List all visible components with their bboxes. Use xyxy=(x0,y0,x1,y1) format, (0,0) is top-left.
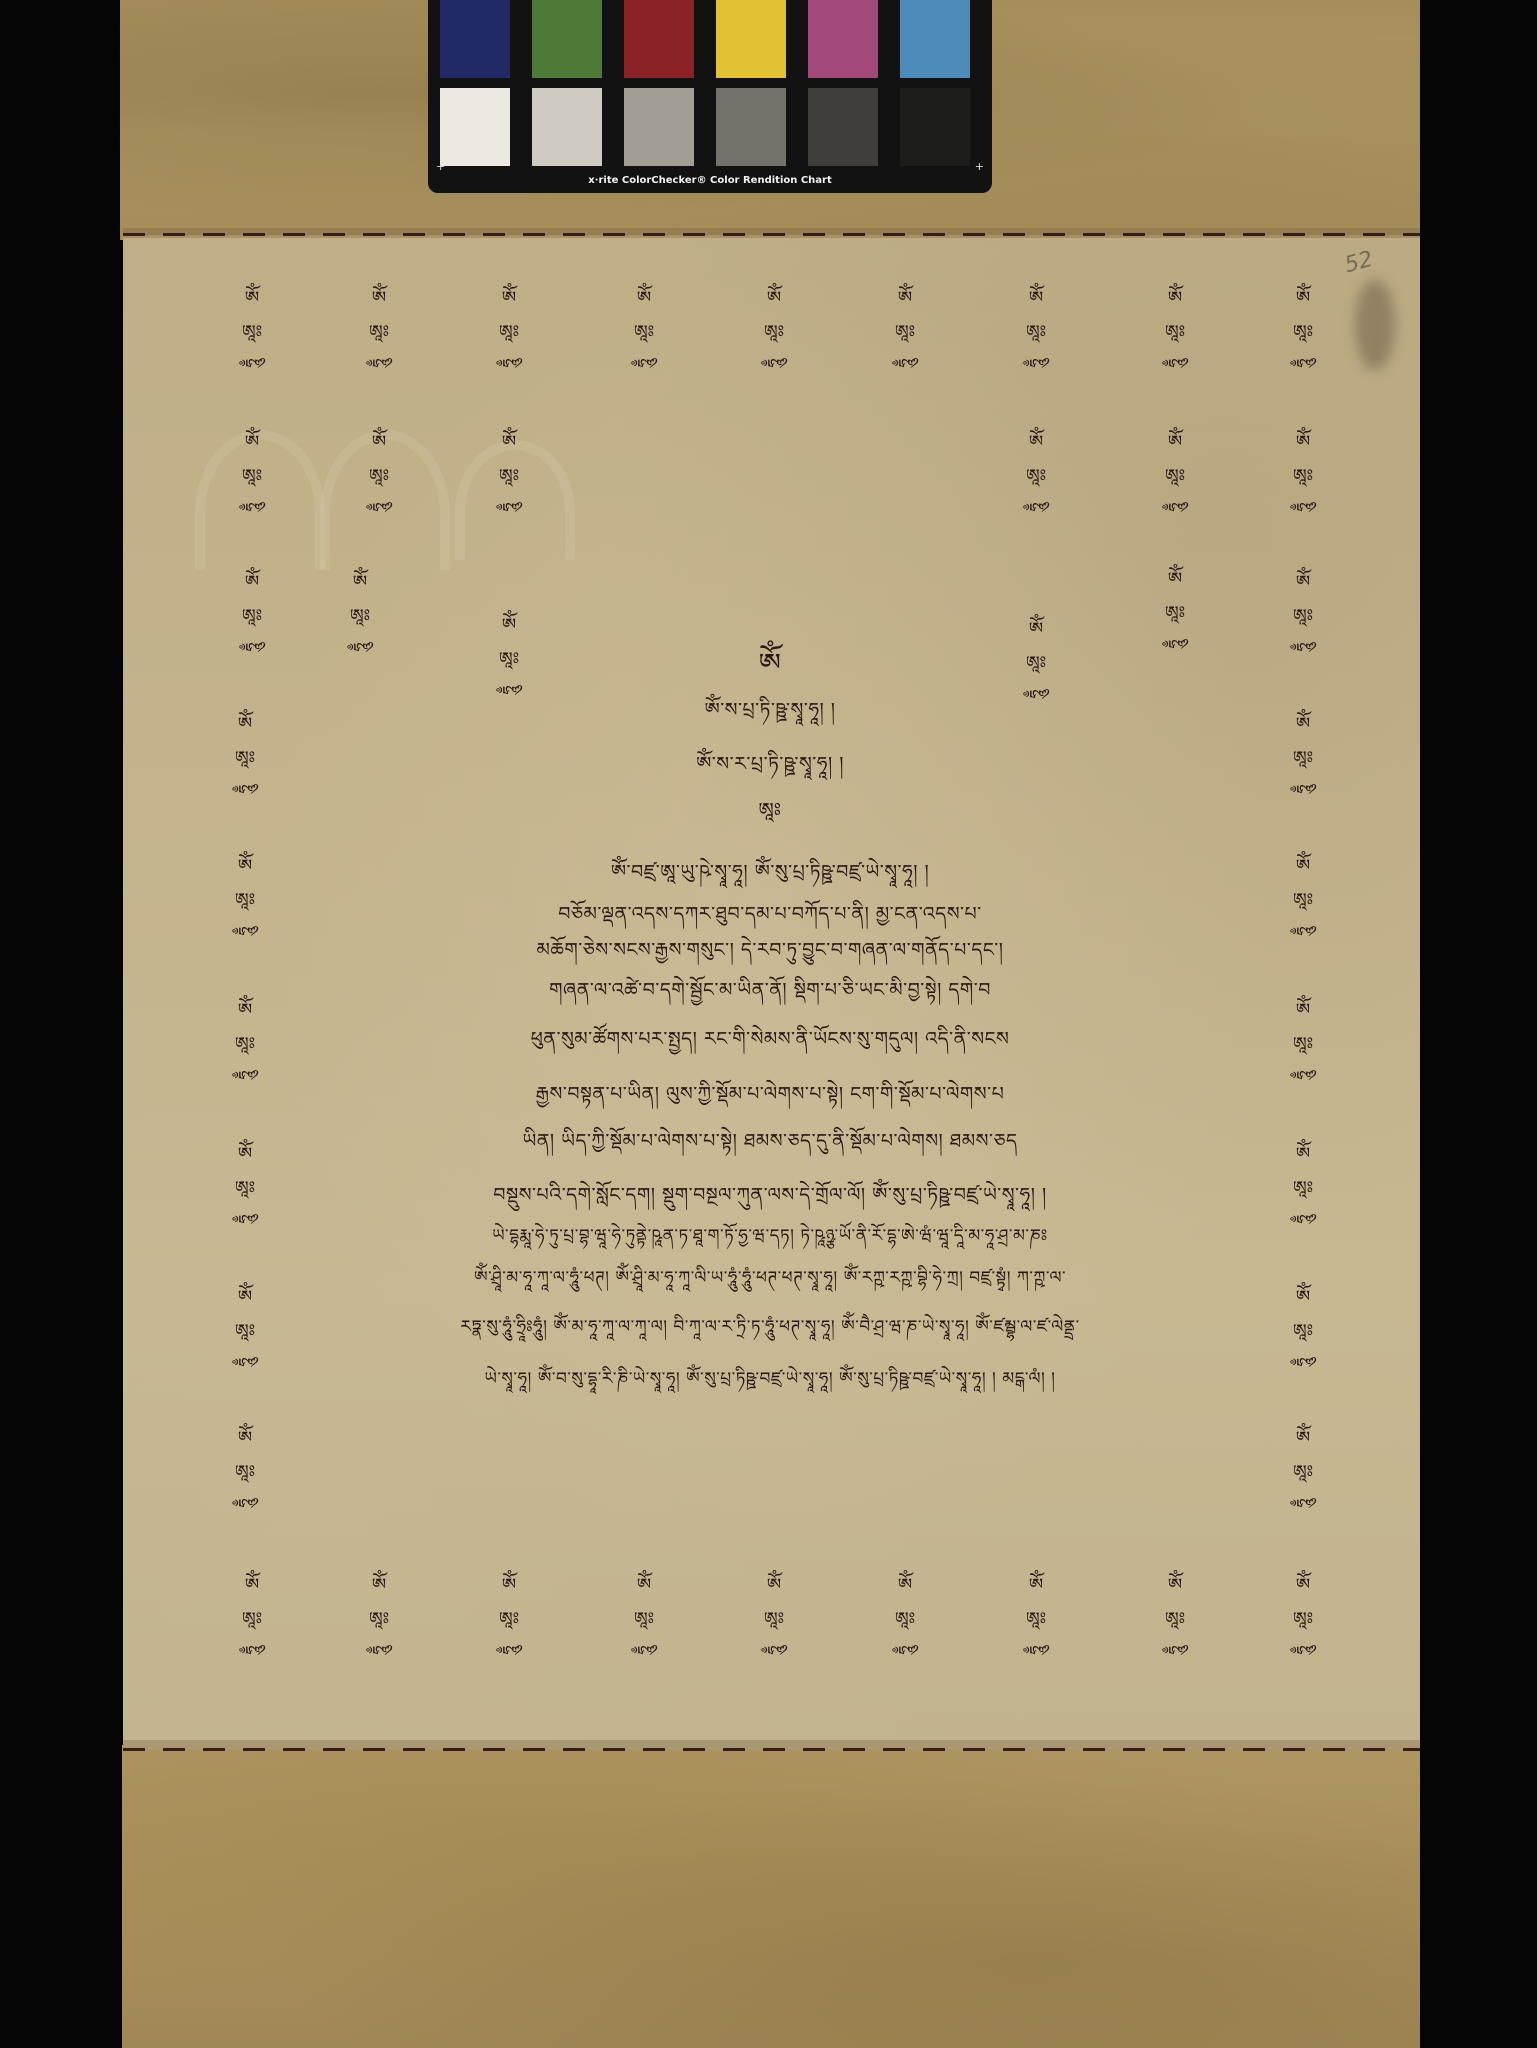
om-ah-hum-mantra: ཨོཾཨཱཿཧཱུྃ xyxy=(489,1577,529,1658)
seed-syllable-ah: ཨཱཿ xyxy=(232,468,272,485)
om-ah-hum-mantra: ཨོཾཨཱཿཧཱུྃ xyxy=(624,1577,664,1658)
seed-syllable-om: ཨོཾ xyxy=(1155,1577,1195,1595)
seed-syllable-hum: ཧཱུྃ xyxy=(1295,911,1311,951)
om-ah-hum-mantra: ཨོཾཨཱཿཧཱུྃ xyxy=(1155,1577,1195,1658)
om-ah-hum-mantra: ཨོཾཨཱཿཧཱུྃ xyxy=(225,1289,265,1370)
seed-syllable-om: ཨོཾ xyxy=(232,1577,272,1595)
seed-syllable-ah: ཨཱཿ xyxy=(754,1611,794,1628)
seed-syllable-hum: ཧཱུྃ xyxy=(244,487,260,527)
seed-syllable-hum: ཧཱུྃ xyxy=(766,1630,782,1670)
om-ah-hum-mantra: ཨོཾཨཱཿཧཱུྃ xyxy=(232,574,272,655)
seed-syllable-hum: ཧཱུྃ xyxy=(1167,1630,1183,1670)
seed-syllable-om: ཨོཾ xyxy=(225,1289,265,1307)
bottom-mounting-fabric xyxy=(122,1745,1420,2048)
seed-syllable-hum: ཧཱུྃ xyxy=(897,1630,913,1670)
seed-syllable-hum: ཧཱུྃ xyxy=(237,1199,253,1239)
om-ah-hum-mantra: ཨོཾཨཱཿཧཱུྃ xyxy=(359,1577,399,1658)
seed-syllable-om: ཨོཾ xyxy=(1283,434,1323,452)
seed-syllable-ah: ཨཱཿ xyxy=(624,1611,664,1628)
seed-syllable-om: ཨོཾ xyxy=(885,1577,925,1595)
seed-syllable-om: ཨོཾ xyxy=(1283,1289,1323,1307)
text-line: ཨོཾ་ཤྲཱི་མ་ཧཱ་ཀཱ་ལ་ཧཱུཾ་ཕཊ། ཨོཾ་ཤྲཱི་མ་ཧ… xyxy=(300,1258,1240,1306)
seed-syllable-ah: ཨཱཿ xyxy=(1283,1036,1323,1053)
seed-syllable-hum: ཧཱུྃ xyxy=(244,1630,260,1670)
seed-syllable-om: ཨོཾ xyxy=(1283,858,1323,876)
seed-syllable-ah: ཨཱཿ xyxy=(1155,1611,1195,1628)
seed-syllable-hum: ཧཱུྃ xyxy=(1295,1483,1311,1523)
om-ah-hum-mantra: ཨོཾཨཱཿཧཱུྃ xyxy=(1283,1146,1323,1227)
text-line: ཕུན་སུམ་ཚོགས་པར་སྤྱད། རང་གི་སེམས་ནི་ཡོངས… xyxy=(300,1017,1240,1071)
seed-syllable-ah: ཨཱཿ xyxy=(232,608,272,625)
seed-syllable-ah: ཨཱཿ xyxy=(1283,608,1323,625)
text-line: ཡིན། ཡིད་ཀྱི་སྡོམ་པ་ལེགས་པ་སྟེ། ཐམས་ཅད་ད… xyxy=(300,1119,1240,1173)
om-ah-hum-mantra: ཨོཾཨཱཿཧཱུྃ xyxy=(1283,434,1323,515)
om-ah-hum-mantra: ཨོཾཨཱཿཧཱུྃ xyxy=(885,1577,925,1658)
seed-syllable-ah: ཨཱཿ xyxy=(1283,892,1323,909)
om-ah-hum-mantra: ཨོཾཨཱཿཧཱུྃ xyxy=(225,716,265,797)
om-ah-hum-mantra: ཨོཾཨཱཿཧཱུྃ xyxy=(1283,716,1323,797)
seed-syllable-hum: ཧཱུྃ xyxy=(636,1630,652,1670)
seed-syllable-hum: ཧཱུྃ xyxy=(244,343,260,383)
seed-syllable-ah: ཨཱཿ xyxy=(885,1611,925,1628)
seed-syllable-om: ཨོཾ xyxy=(225,1002,265,1020)
seed-syllable-ah: ཨཱཿ xyxy=(225,1036,265,1053)
seed-syllable-ah: ཨཱཿ xyxy=(1283,1611,1323,1628)
seed-syllable-hum: ཧཱུྃ xyxy=(1028,1630,1044,1670)
seed-syllable-ah: ཨཱཿ xyxy=(225,750,265,767)
om-ah-hum-mantra: ཨོཾཨཱཿཧཱུྃ xyxy=(1283,574,1323,655)
seed-syllable-hum: ཧཱུྃ xyxy=(237,769,253,809)
seed-syllable-ah: ཨཱཿ xyxy=(225,892,265,909)
om-ah-hum-mantra: ཨོཾཨཱཿཧཱུྃ xyxy=(225,1430,265,1511)
text-line: ཡེ་དྷརྨཱ་ཧེ་ཏུ་པྲ་བྷ་ཝཱ་ཧེ་ཏུནྟེ་ཥཱན་ཏ་ཐ… xyxy=(300,1216,1240,1264)
central-inscription: ཨོཾ ཨོཾ་ས་པྲ་ཏི་ཥྛ་སྭཱ་ཧཱ། ། ཨོཾ་ས་ར་པྲ་… xyxy=(300,0,1240,1400)
seed-syllable-ah: ཨཱཿ xyxy=(225,1323,265,1340)
seed-syllable-hum: ཧཱུྃ xyxy=(1295,343,1311,383)
text-line: རྒྱས་བསྟན་པ་ཡིན། ལུས་ཀྱི་སྡོམ་པ་ལེགས་པ་ས… xyxy=(300,1072,1240,1126)
seed-syllable-om: ཨོཾ xyxy=(1283,1577,1323,1595)
bottom-stitching xyxy=(123,1748,1420,1751)
om-ah-hum-mantra: ཨོཾཨཱཿཧཱུྃ xyxy=(1283,290,1323,371)
seed-syllable-ah: ཨཱཿ xyxy=(225,1464,265,1481)
seed-syllable-ah: ཨཱཿ xyxy=(1283,324,1323,341)
seed-syllable-om: ཨོཾ xyxy=(225,716,265,734)
om-ah-hum-mantra: ཨོཾཨཱཿཧཱུྃ xyxy=(1283,1289,1323,1370)
seed-syllable-om: ཨོཾ xyxy=(1283,290,1323,308)
heading-line-1: ཨོཾ་ས་པྲ་ཏི་ཥྛ་སྭཱ་ཧཱ། ། xyxy=(300,688,1240,742)
seed-syllable-ah: ཨཱཿ xyxy=(1283,1464,1323,1481)
seed-syllable-hum: ཧཱུྃ xyxy=(237,1055,253,1095)
text-line: གཞན་ལ་འཚེ་བ་དགེ་སྦྱོང་མ་ཡིན་ནོ། སྡིག་པ་ཅ… xyxy=(300,968,1240,1022)
om-ah-hum-mantra: ཨོཾཨཱཿཧཱུྃ xyxy=(754,1577,794,1658)
seed-syllable-ah: ཨཱཿ xyxy=(232,1611,272,1628)
om-ah-hum-mantra: ཨོཾཨཱཿཧཱུྃ xyxy=(1283,1002,1323,1083)
seed-syllable-hum: ཧཱུྃ xyxy=(371,1630,387,1670)
seed-syllable-om: ཨོཾ xyxy=(624,1577,664,1595)
seed-syllable-om: ཨོཾ xyxy=(489,1577,529,1595)
seed-syllable-om: ཨོཾ xyxy=(1283,1430,1323,1448)
seed-syllable-hum: ཧཱུྃ xyxy=(1295,1630,1311,1670)
seed-syllable-ah: ཨཱཿ xyxy=(225,1180,265,1197)
om-ah-hum-mantra: ཨོཾཨཱཿཧཱུྃ xyxy=(225,1002,265,1083)
seed-syllable-om: ཨོཾ xyxy=(225,1430,265,1448)
om-ah-hum-mantra: ཨོཾཨཱཿཧཱུྃ xyxy=(232,434,272,515)
seed-syllable-ah: ཨཱཿ xyxy=(1283,750,1323,767)
seed-syllable-om: ཨོཾ xyxy=(232,290,272,308)
om-ah-hum-mantra: ཨོཾཨཱཿཧཱུྃ xyxy=(1016,1577,1056,1658)
seed-syllable-hum: ཧཱུྃ xyxy=(237,911,253,951)
om-ah-hum-mantra: ཨོཾཨཱཿཧཱུྃ xyxy=(232,1577,272,1658)
seed-syllable-om: ཨོཾ xyxy=(1283,574,1323,592)
seed-syllable-ah: ཨཱཿ xyxy=(1016,1611,1056,1628)
text-line: ཡེ་སྭཱ་ཧཱ། ཨོཾ་བ་སུ་དྷཱ་རི་ཎི་ཡེ་སྭཱ་ཧཱ།… xyxy=(300,1359,1240,1407)
seed-syllable-om: ཨོཾ xyxy=(232,574,272,592)
seed-syllable-hum: ཧཱུྃ xyxy=(1295,1342,1311,1382)
seed-syllable-ah: ཨཱཿ xyxy=(1283,1180,1323,1197)
seed-syllable-om: ཨོཾ xyxy=(1283,1002,1323,1020)
seed-syllable-om: ཨོཾ xyxy=(754,1577,794,1595)
seed-syllable-ah: ཨཱཿ xyxy=(1283,1323,1323,1340)
seed-syllable-om: ཨོཾ xyxy=(225,1146,265,1164)
text-line: རཏྣ་སུ་ཧཱུཾ་ཧྲཱིཿཧཱུཾ། ཨོཾ་མ་ཧཱ་ཀཱ་ལ་ཀཱ་… xyxy=(300,1307,1240,1355)
seed-syllable-hum: ཧཱུྃ xyxy=(237,1342,253,1382)
seed-syllable-hum: ཧཱུྃ xyxy=(1295,627,1311,667)
om-ah-hum-mantra: ཨོཾཨཱཿཧཱུྃ xyxy=(1283,1577,1323,1658)
seed-syllable-om: ཨོཾ xyxy=(232,434,272,452)
om-ah-hum-mantra: ཨོཾཨཱཿཧཱུྃ xyxy=(225,1146,265,1227)
seed-syllable-hum: ཧཱུྃ xyxy=(1295,1055,1311,1095)
om-ah-hum-mantra: ཨོཾཨཱཿཧཱུྃ xyxy=(1283,858,1323,939)
om-ah-hum-mantra: ཨོཾཨཱཿཧཱུྃ xyxy=(225,858,265,939)
seed-syllable-hum: ཧཱུྃ xyxy=(1295,769,1311,809)
seed-syllable-hum: ཧཱུྃ xyxy=(1295,487,1311,527)
seed-syllable-ah: ཨཱཿ xyxy=(359,1611,399,1628)
seed-syllable-ah: ཨཱཿ xyxy=(489,1611,529,1628)
heading-ah: ཨཱཿ xyxy=(300,788,1240,842)
seed-syllable-om: ཨོཾ xyxy=(1283,1146,1323,1164)
seed-syllable-hum: ཧཱུྃ xyxy=(501,1630,517,1670)
stain xyxy=(1355,280,1395,370)
seed-syllable-om: ཨོཾ xyxy=(1016,1577,1056,1595)
om-ah-hum-mantra: ཨོཾཨཱཿཧཱུྃ xyxy=(232,290,272,371)
seed-syllable-om: ཨོཾ xyxy=(225,858,265,876)
seed-syllable-hum: ཧཱུྃ xyxy=(237,1483,253,1523)
seed-syllable-ah: ཨཱཿ xyxy=(232,324,272,341)
seed-syllable-ah: ཨཱཿ xyxy=(1283,468,1323,485)
seed-syllable-hum: ཧཱུྃ xyxy=(244,627,260,667)
seed-syllable-om: ཨོཾ xyxy=(1283,716,1323,734)
seed-syllable-om: ཨོཾ xyxy=(359,1577,399,1595)
om-ah-hum-mantra: ཨོཾཨཱཿཧཱུྃ xyxy=(1283,1430,1323,1511)
seed-syllable-hum: ཧཱུྃ xyxy=(1295,1199,1311,1239)
